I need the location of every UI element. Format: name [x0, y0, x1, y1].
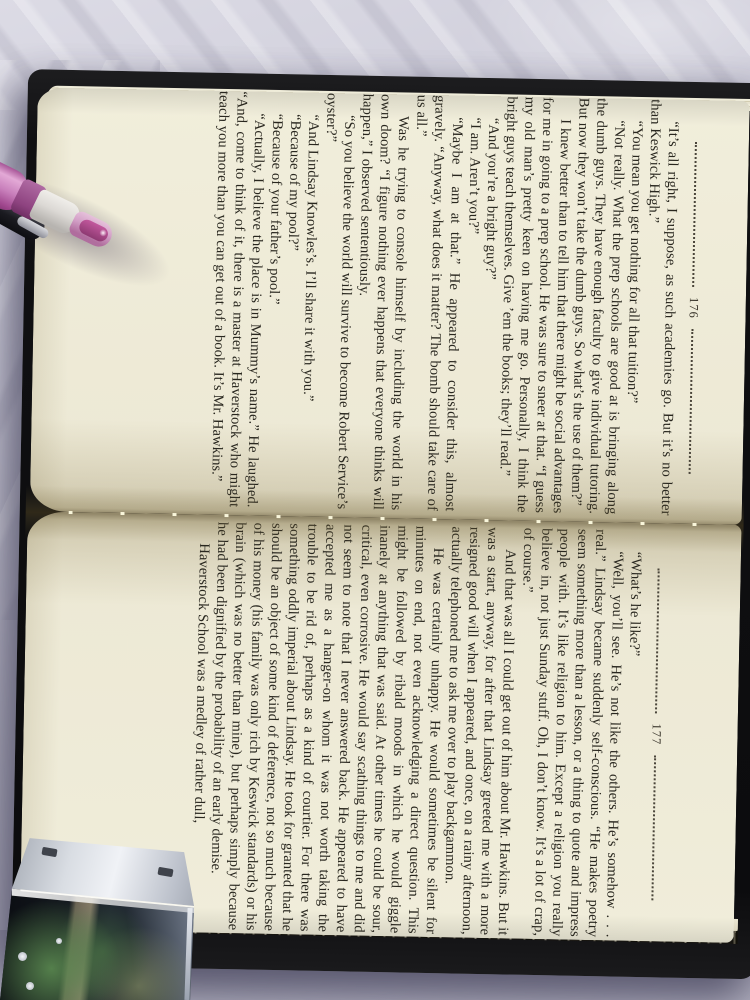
paragraph: He was certainly unhappy. He would somet… — [206, 522, 448, 934]
paragraph: “Well, you’ll see. He’s not like the oth… — [512, 528, 628, 938]
glass-photo-cube — [0, 826, 198, 1000]
photo-scene: 176 “It’s all right, I suppose, as such … — [0, 0, 750, 1000]
header-rule-dots — [652, 755, 657, 900]
page-number: 176 — [686, 287, 702, 329]
page-177-text: “What’s he like?”“Well, you’ll see. He’s… — [188, 522, 646, 939]
paragraph: Was he trying to console himself by incl… — [351, 93, 413, 510]
paragraph: I knew better than to tell him that ther… — [495, 96, 575, 513]
page-177-header: 177 — [645, 568, 666, 900]
paragraph: “Not really. What the prep schools are g… — [567, 97, 629, 514]
paragraph: “It’s all right, I suppose, as such acad… — [639, 99, 683, 516]
header-rule-dots — [690, 329, 695, 474]
header-rule-dots — [693, 142, 698, 287]
cube-bubble — [56, 938, 62, 944]
paragraph: “Actually, I believe the place is in Mum… — [207, 91, 269, 508]
page-176-header: 176 — [683, 142, 704, 474]
book-page-176: 176 “It’s all right, I suppose, as such … — [30, 87, 750, 525]
page-176-text: “It’s all right, I suppose, as such acad… — [207, 91, 683, 516]
page-176-content: 176 “It’s all right, I suppose, as such … — [131, 89, 705, 516]
cube-bubble — [26, 982, 34, 990]
header-rule-dots — [655, 568, 660, 713]
page-number: 177 — [648, 713, 664, 755]
paragraph: And that was all I could get out of him … — [440, 526, 520, 935]
cube-bubble — [18, 952, 27, 961]
paragraph: “Maybe I am at that.” He appeared to con… — [405, 94, 467, 511]
